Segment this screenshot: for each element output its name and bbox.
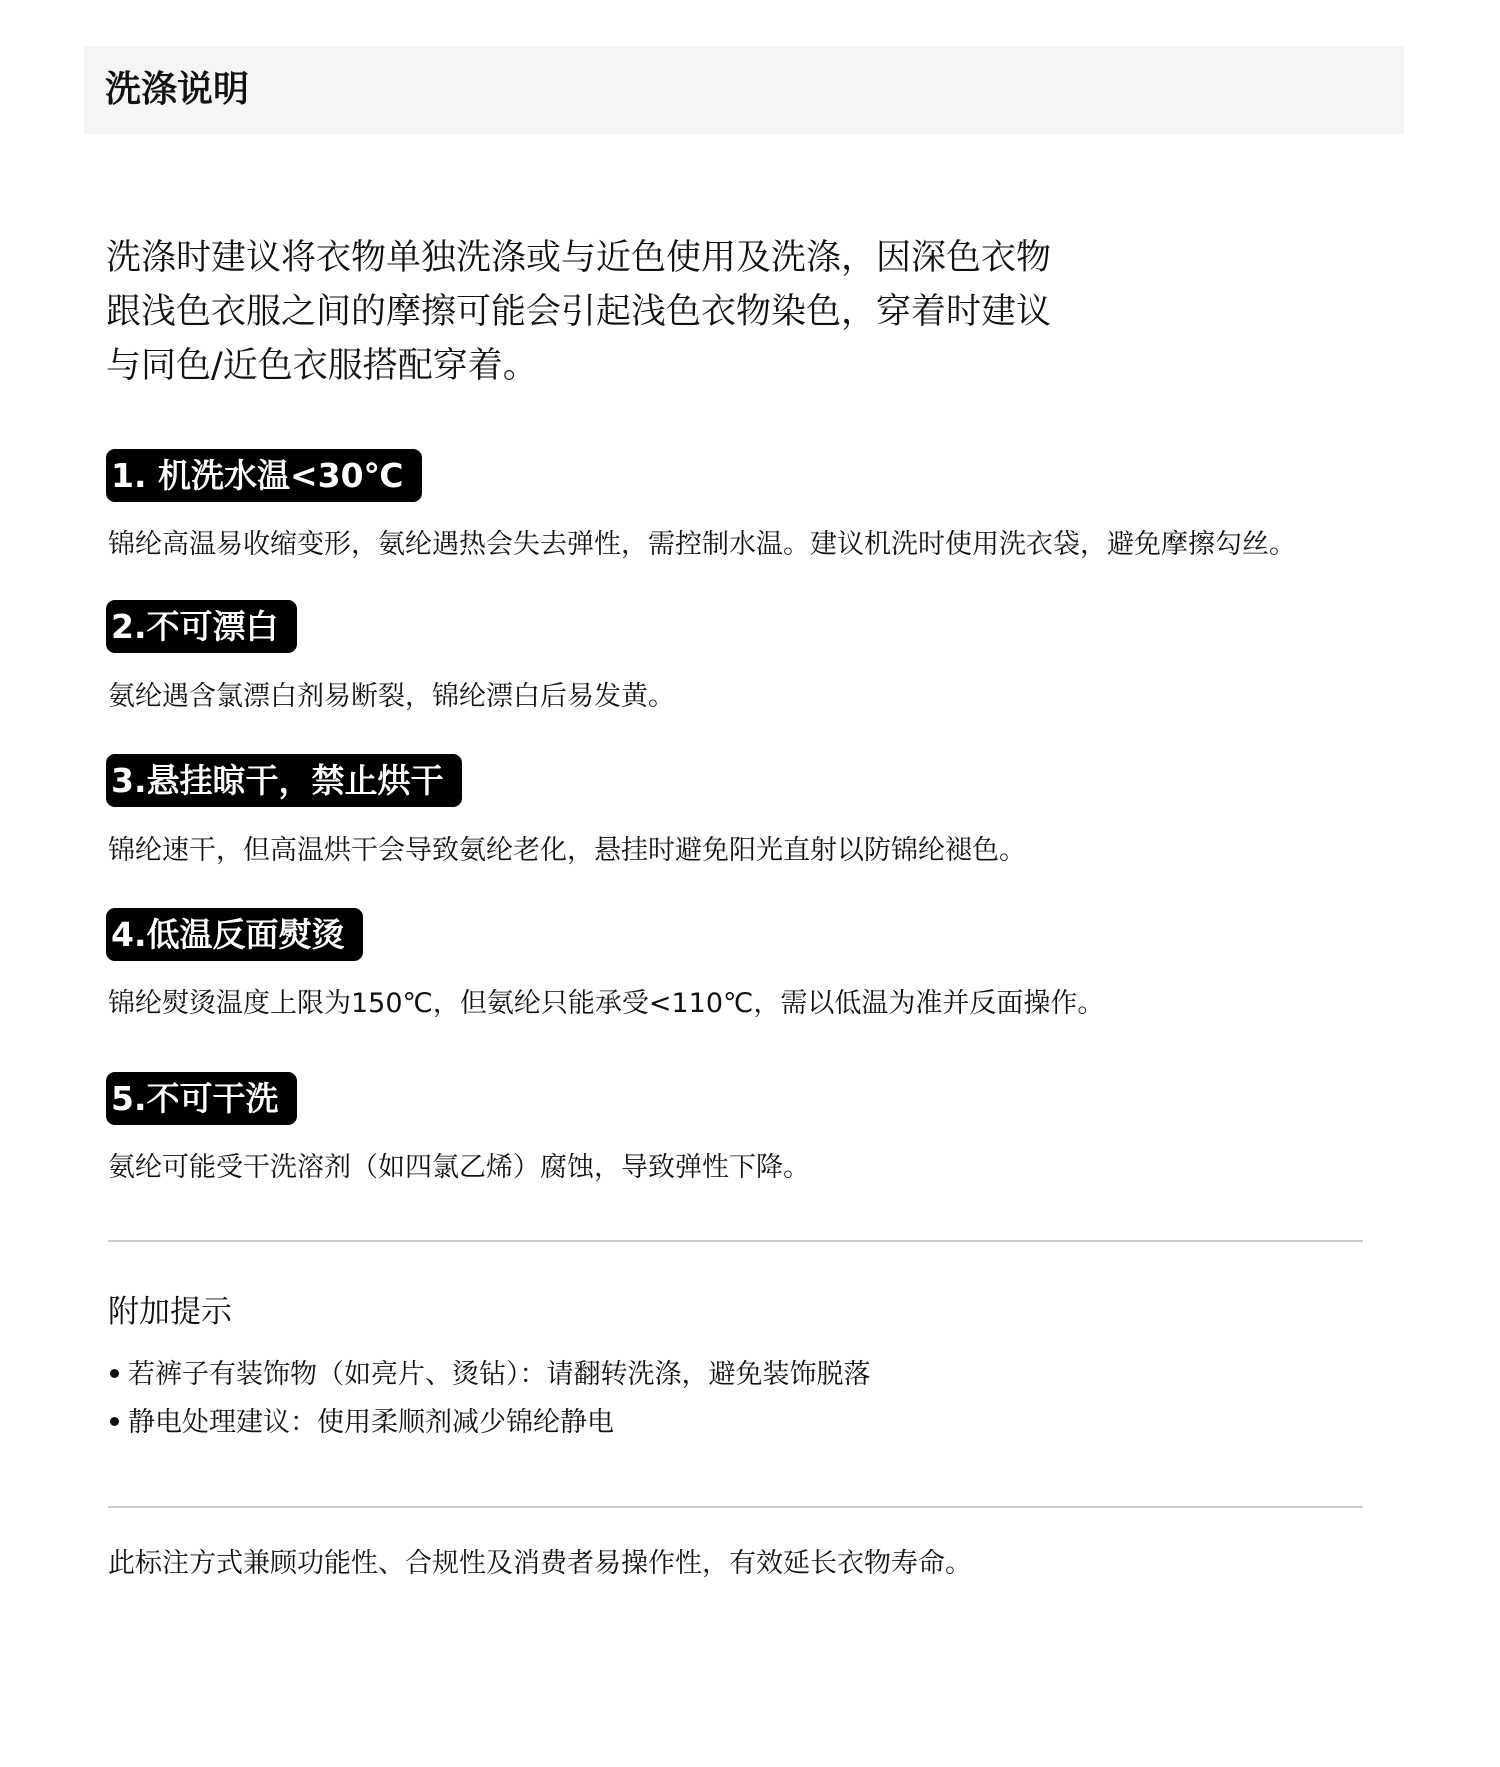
tip-text: 静电处理建议：使用柔顺剂减少锦纶静电 xyxy=(128,1407,614,1438)
bullet-icon xyxy=(110,1369,119,1378)
bullet-icon xyxy=(110,1417,119,1426)
intro-line: 跟浅色衣服之间的摩擦可能会引起浅色衣物染色，穿着时建议 xyxy=(106,285,1126,339)
instruction-badge-no-dry-clean: 5.不可干洗 xyxy=(106,1072,297,1125)
divider xyxy=(108,1506,1363,1508)
page-title: 洗涤说明 xyxy=(105,46,249,134)
intro-line: 洗涤时建议将衣物单独洗涤或与近色使用及洗涤，因深色衣物 xyxy=(106,231,1126,285)
intro-line: 与同色/近色衣服搭配穿着。 xyxy=(106,339,1126,393)
closing-note: 此标注方式兼顾功能性、合规性及消费者易操作性，有效延长衣物寿命。 xyxy=(108,1544,972,1584)
instruction-text-low-iron: 锦纶熨烫温度上限为150℃，但氨纶只能承受<110℃，需以低温为准并反面操作。 xyxy=(108,984,1104,1024)
section-header: 洗涤说明 xyxy=(84,46,1404,134)
instruction-text-no-dry-clean: 氨纶可能受干洗溶剂（如四氯乙烯）腐蚀，导致弹性下降。 xyxy=(108,1148,810,1188)
tip-text: 若裤子有装饰物（如亮片、烫钻）：请翻转洗涤，避免装饰脱落 xyxy=(128,1359,871,1390)
divider xyxy=(108,1240,1363,1242)
instruction-text-no-bleach: 氨纶遇含氯漂白剂易断裂，锦纶漂白后易发黄。 xyxy=(108,677,675,717)
instruction-badge-hang-dry: 3.悬挂晾干，禁止烘干 xyxy=(106,754,462,807)
instruction-badge-low-iron: 4.低温反面熨烫 xyxy=(106,908,363,961)
instruction-badge-no-bleach: 2.不可漂白 xyxy=(106,600,297,653)
tip-item: 静电处理建议：使用柔顺剂减少锦纶静电 xyxy=(110,1403,614,1443)
tips-heading: 附加提示 xyxy=(108,1290,232,1334)
instruction-text-machine-wash: 锦纶高温易收缩变形，氨纶遇热会失去弹性，需控制水温。建议机洗时使用洗衣袋，避免摩… xyxy=(108,525,1296,565)
instruction-text-hang-dry: 锦纶速干，但高温烘干会导致氨纶老化，悬挂时避免阳光直射以防锦纶褪色。 xyxy=(108,831,1026,871)
tip-item: 若裤子有装饰物（如亮片、烫钻）：请翻转洗涤，避免装饰脱落 xyxy=(110,1355,871,1395)
intro-paragraph: 洗涤时建议将衣物单独洗涤或与近色使用及洗涤，因深色衣物 跟浅色衣服之间的摩擦可能… xyxy=(106,231,1126,393)
instruction-badge-machine-wash: 1. 机洗水温<30℃ xyxy=(106,449,422,502)
